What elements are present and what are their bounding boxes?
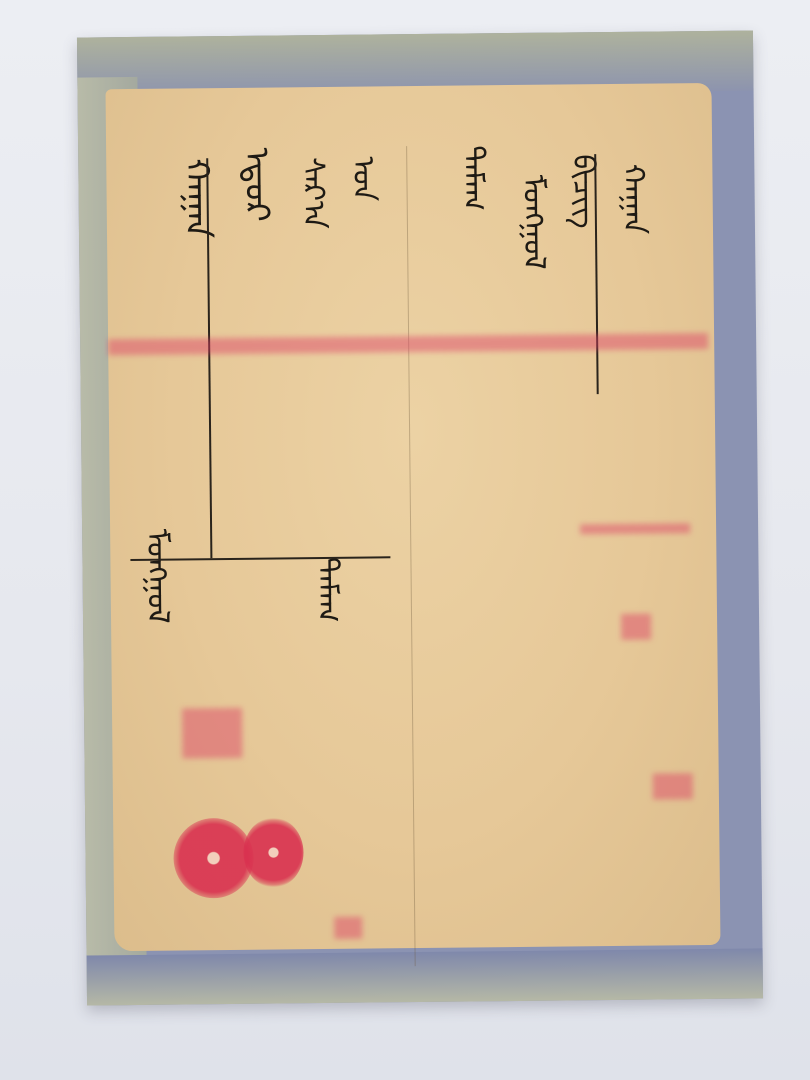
script-column: ᠮᠣᠩᠭᠣᠯ xyxy=(130,528,184,623)
script-column: ᠬᠠᠭᠠᠨ xyxy=(166,158,227,239)
script-column: ᠮᠣᠩᠭᠣᠯ xyxy=(506,175,560,270)
red-seal-fragment xyxy=(653,773,693,799)
red-ink-band xyxy=(108,333,708,355)
script-column: ᠬᠠᠭᠠᠨ xyxy=(606,163,660,234)
red-ink-dots xyxy=(580,523,690,534)
red-seal-fragment xyxy=(182,708,243,759)
paper-fold-line xyxy=(406,146,416,966)
manuscript-paper: ᠬᠠᠭᠠᠨ ᠪᠢᠴᠢᠭ ᠮᠣᠩᠭᠣᠯ ᠲᠠᠮᠠᠭ ᠣᠨ ᠰᠠᠷ᠎ᠠ ᠡᠳᠦᠷ ᠬ… xyxy=(105,83,720,951)
mounting-card: ᠬᠠᠭᠠᠨ ᠪᠢᠴᠢᠭ ᠮᠣᠩᠭᠣᠯ ᠲᠠᠮᠠᠭ ᠣᠨ ᠰᠠᠷ᠎ᠠ ᠡᠳᠦᠷ ᠬ… xyxy=(77,30,763,1005)
script-column: ᠲᠠᠮᠠᠭ xyxy=(300,557,354,623)
script-column: ᠣᠨ xyxy=(336,156,389,201)
script-column: ᠰᠠᠷ᠎ᠠ xyxy=(286,157,340,229)
script-column: ᠪᠢᠴᠢᠭ xyxy=(556,154,610,229)
red-seal-fragment xyxy=(621,614,651,640)
red-seal-fragment xyxy=(334,917,362,939)
script-column: ᠡᠳᠦᠷ xyxy=(226,147,287,222)
card-bottom-edge xyxy=(87,948,763,1005)
script-column: ᠲᠠᠮᠠᠭ xyxy=(446,145,500,211)
red-seal xyxy=(173,818,254,899)
red-seal xyxy=(243,817,304,888)
